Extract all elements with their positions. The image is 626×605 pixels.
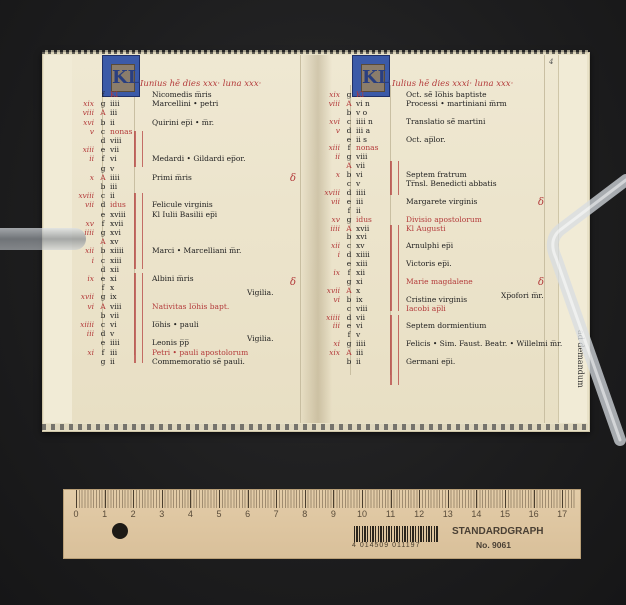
ruler-major-tick	[419, 490, 420, 508]
ruler-major-tick	[391, 490, 392, 508]
left-page-june: KL Iunius hē dies xxx· luna xxx· fKlNico…	[72, 55, 319, 423]
ruler-number: 15	[500, 509, 510, 519]
folio-number: 4	[549, 58, 553, 66]
ruler-major-tick	[190, 490, 191, 508]
ruler-major-tick	[105, 490, 106, 508]
kl-marker	[134, 131, 143, 167]
kl-marker	[134, 193, 143, 269]
feast-entry: Marie magdalene	[406, 276, 473, 287]
feast-entry: Iacobi ap̅li	[406, 303, 446, 314]
kl-marker	[134, 273, 143, 363]
book-bottom-edge	[42, 424, 588, 430]
glass-rod-right	[540, 170, 626, 450]
ruler-number: 13	[443, 509, 453, 519]
ruler-model: No. 9061	[476, 540, 511, 550]
ruler-major-tick	[162, 490, 163, 508]
glass-rod-left	[0, 228, 86, 250]
ruler-number: 7	[274, 509, 279, 519]
feast-entry: Quirini ep̅i • m̅r.	[152, 117, 214, 128]
ruler-number: 2	[131, 509, 136, 519]
margin-mark: δ	[290, 173, 296, 184]
ruler-number: 16	[529, 509, 539, 519]
feast-entry: Commemoratio sē̄ pauli.	[152, 356, 245, 367]
feast-entry: Marcellini • petri	[152, 98, 218, 109]
feast-entry: Germani ep̅i.	[406, 356, 455, 367]
barcode-number: 4 014509 011197	[352, 542, 420, 549]
ruler-number: 14	[471, 509, 481, 519]
ruler-number: 3	[159, 509, 164, 519]
ruler-major-tick	[476, 490, 477, 508]
ruler-major-tick	[505, 490, 506, 508]
roman-day: ii	[356, 356, 384, 367]
feast-entry: Oct. ap̅lor.	[406, 134, 445, 145]
kl-marker	[390, 225, 399, 311]
barcode	[354, 526, 438, 542]
margin-mark: δ	[290, 277, 296, 288]
ruler-number: 0	[73, 509, 78, 519]
ruler-number: 1	[102, 509, 107, 519]
ruler-major-tick	[276, 490, 277, 508]
kl-marker	[390, 315, 399, 385]
ruler-number: 6	[245, 509, 250, 519]
feast-entry: Nativitas Io̅his bapt.	[152, 301, 229, 312]
vigil-note: Xp̅ofori m̅r.	[501, 290, 544, 301]
ruler-hanging-hole	[112, 523, 128, 539]
ruling-line	[300, 55, 301, 423]
ruler-major-tick	[534, 490, 535, 508]
ruler-major-tick	[448, 490, 449, 508]
ruler-number: 12	[414, 509, 424, 519]
ruler-brand: STANDARDGRAPH	[452, 526, 543, 537]
ruler-major-tick	[305, 490, 306, 508]
feast-entry: Victoris ep̅i.	[406, 258, 452, 269]
feast-entry: Medardi • Gildardi ep̅or.	[152, 153, 246, 164]
ruler-major-tick	[333, 490, 334, 508]
feast-entry: Io̅his • pauli	[152, 319, 199, 330]
feast-entry: Marci • Marcelliani m̅r.	[152, 245, 241, 256]
ruler-major-tick	[219, 490, 220, 508]
ruler-number: 8	[302, 509, 307, 519]
feast-entry: Processi • martiniani m̅rm	[406, 98, 507, 109]
vigil-note: Vigilia.	[247, 287, 274, 298]
ruler-major-tick	[133, 490, 134, 508]
vigil-note: Vigilia.	[247, 333, 274, 344]
month-header: Iunius hē dies xxx· luna xxx·	[140, 79, 261, 89]
dominical-letter: g	[98, 356, 108, 367]
ruler-number: 10	[357, 509, 367, 519]
ruler-major-tick	[362, 490, 363, 508]
book-top-edge	[42, 50, 588, 54]
scale-ruler: 01234567891011121314151617 4 014509 0111…	[63, 489, 581, 559]
calendar-row: biiGermani ep̅i.	[318, 356, 384, 367]
ruler-ticks	[76, 490, 576, 508]
feast-entry: Tr̅nsl. Benedicti abbatis	[406, 178, 497, 189]
ruler-major-tick	[76, 490, 77, 508]
feast-entry: Septem dormientium	[406, 320, 486, 331]
feast-entry: Arnulphi ep̅i	[406, 240, 453, 251]
feast-entry: Primi m̅ris	[152, 172, 192, 183]
right-page-july: KL Iulius hē dies xxxi· luna xxx· xixgKl…	[318, 55, 558, 423]
feast-entry: Kl Augusti	[406, 223, 446, 234]
ruler-number: 4	[188, 509, 193, 519]
feast-entry: Margarete virginis	[406, 196, 477, 207]
month-header: Iulius hē dies xxxi· luna xxx·	[392, 79, 513, 89]
ruler-number: 9	[331, 509, 336, 519]
ruler-number: 11	[386, 509, 395, 519]
ruler-major-tick	[562, 490, 563, 508]
dominical-letter: b	[344, 356, 354, 367]
ruler-number: 17	[557, 509, 567, 519]
calendar-row: giiCommemoratio sē̄ pauli.	[72, 356, 138, 367]
ruler-number: 5	[216, 509, 221, 519]
feast-entry: Kl Iulii Basilii ep̅i	[152, 209, 217, 220]
feast-entry: Felicis • Sim. Faust. Beatr. • Willelmi …	[406, 338, 562, 349]
ruler-major-tick	[248, 490, 249, 508]
feast-entry: Albini m̅ris	[152, 273, 194, 284]
feast-entry: Translatio sē̄ martini	[406, 116, 485, 127]
kl-marker	[390, 161, 399, 195]
